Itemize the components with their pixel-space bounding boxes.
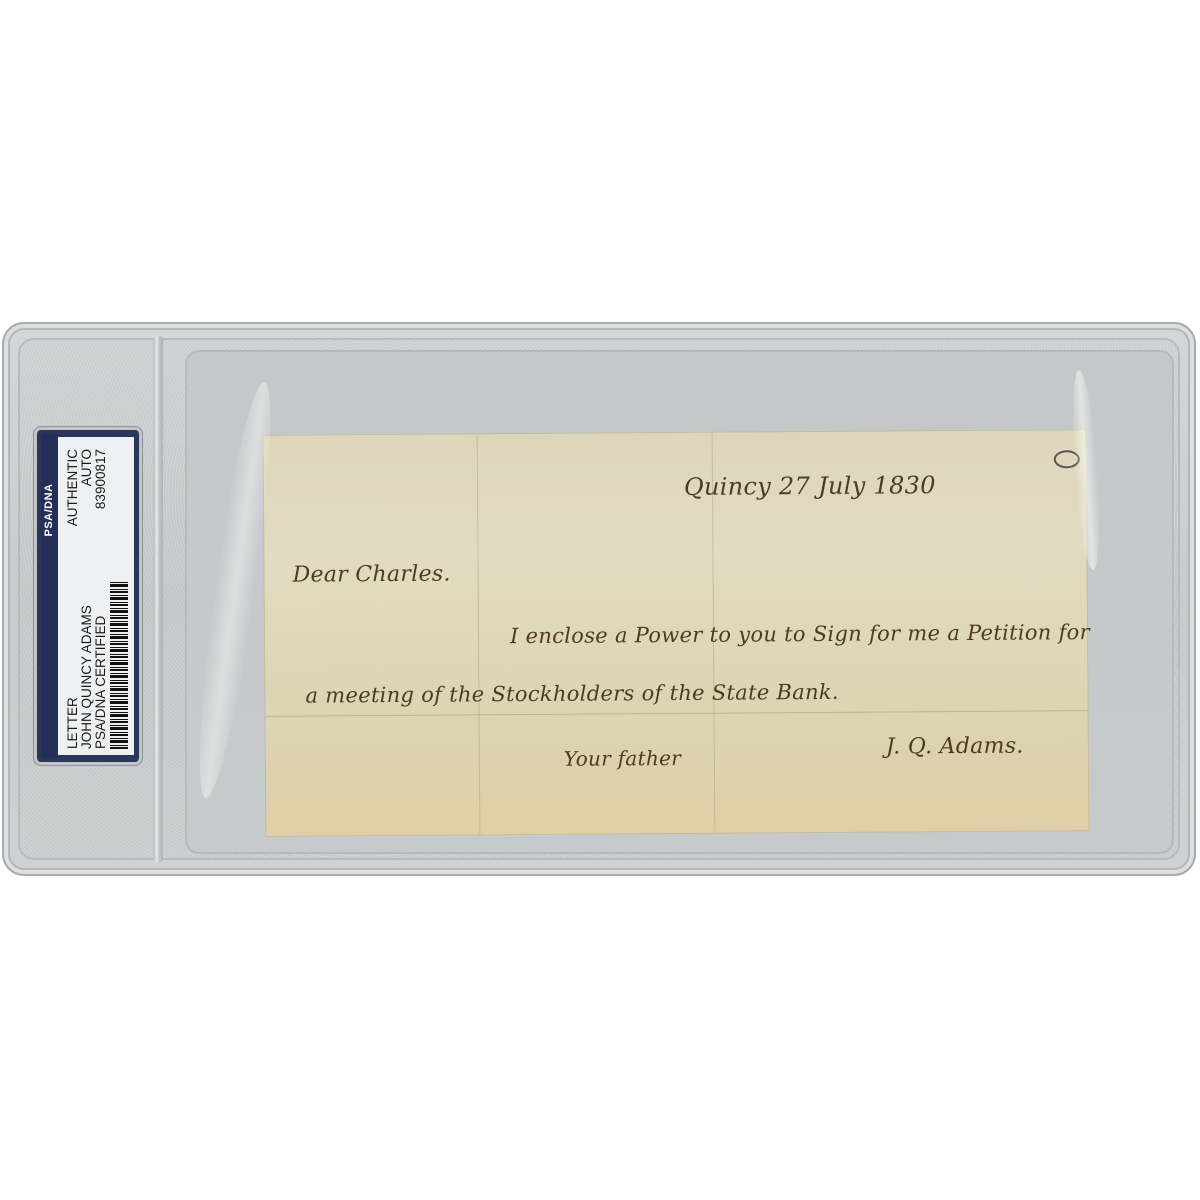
label-left-column: LETTER JOHN QUINCY ADAMS PSA/DNA CERTIFI… — [66, 605, 108, 749]
salutation: Dear Charles. — [292, 562, 450, 588]
signature: J. Q. Adams. — [886, 734, 1024, 760]
authenticity-status: AUTHENTIC — [66, 449, 80, 526]
body-line-2: a meeting of the Stockholders of the Sta… — [305, 680, 839, 708]
certification-label: PSA/DNA LETTER JOHN QUINCY ADAMS PSA/DNA… — [37, 430, 139, 762]
certifier: PSA/DNA CERTIFIED — [94, 605, 108, 749]
body-line-1: I enclose a Power to you to Sign for me … — [510, 620, 1090, 648]
barcode — [110, 581, 128, 749]
label-brand-band: PSA/DNA — [41, 434, 57, 758]
handwritten-letter: Quincy 27 July 1830 Dear Charles. I encl… — [264, 430, 1089, 836]
fold-line — [477, 434, 481, 834]
cert-number: 83900817 — [94, 449, 108, 526]
item-type: LETTER — [66, 605, 80, 749]
subject-name: JOHN QUINCY ADAMS — [80, 605, 94, 749]
dateline: Quincy 27 July 1830 — [684, 471, 936, 501]
label-text-block: LETTER JOHN QUINCY ADAMS PSA/DNA CERTIFI… — [58, 437, 134, 755]
label-face: LETTER JOHN QUINCY ADAMS PSA/DNA CERTIFI… — [58, 437, 134, 755]
brand-text: PSA/DNA — [43, 483, 55, 536]
label-right-column: AUTHENTIC AUTO 83900817 — [66, 449, 108, 526]
slab-divider — [153, 336, 163, 862]
grade: AUTO — [80, 449, 94, 526]
corner-circle-mark — [1054, 450, 1080, 468]
closing: Your father — [564, 746, 681, 771]
